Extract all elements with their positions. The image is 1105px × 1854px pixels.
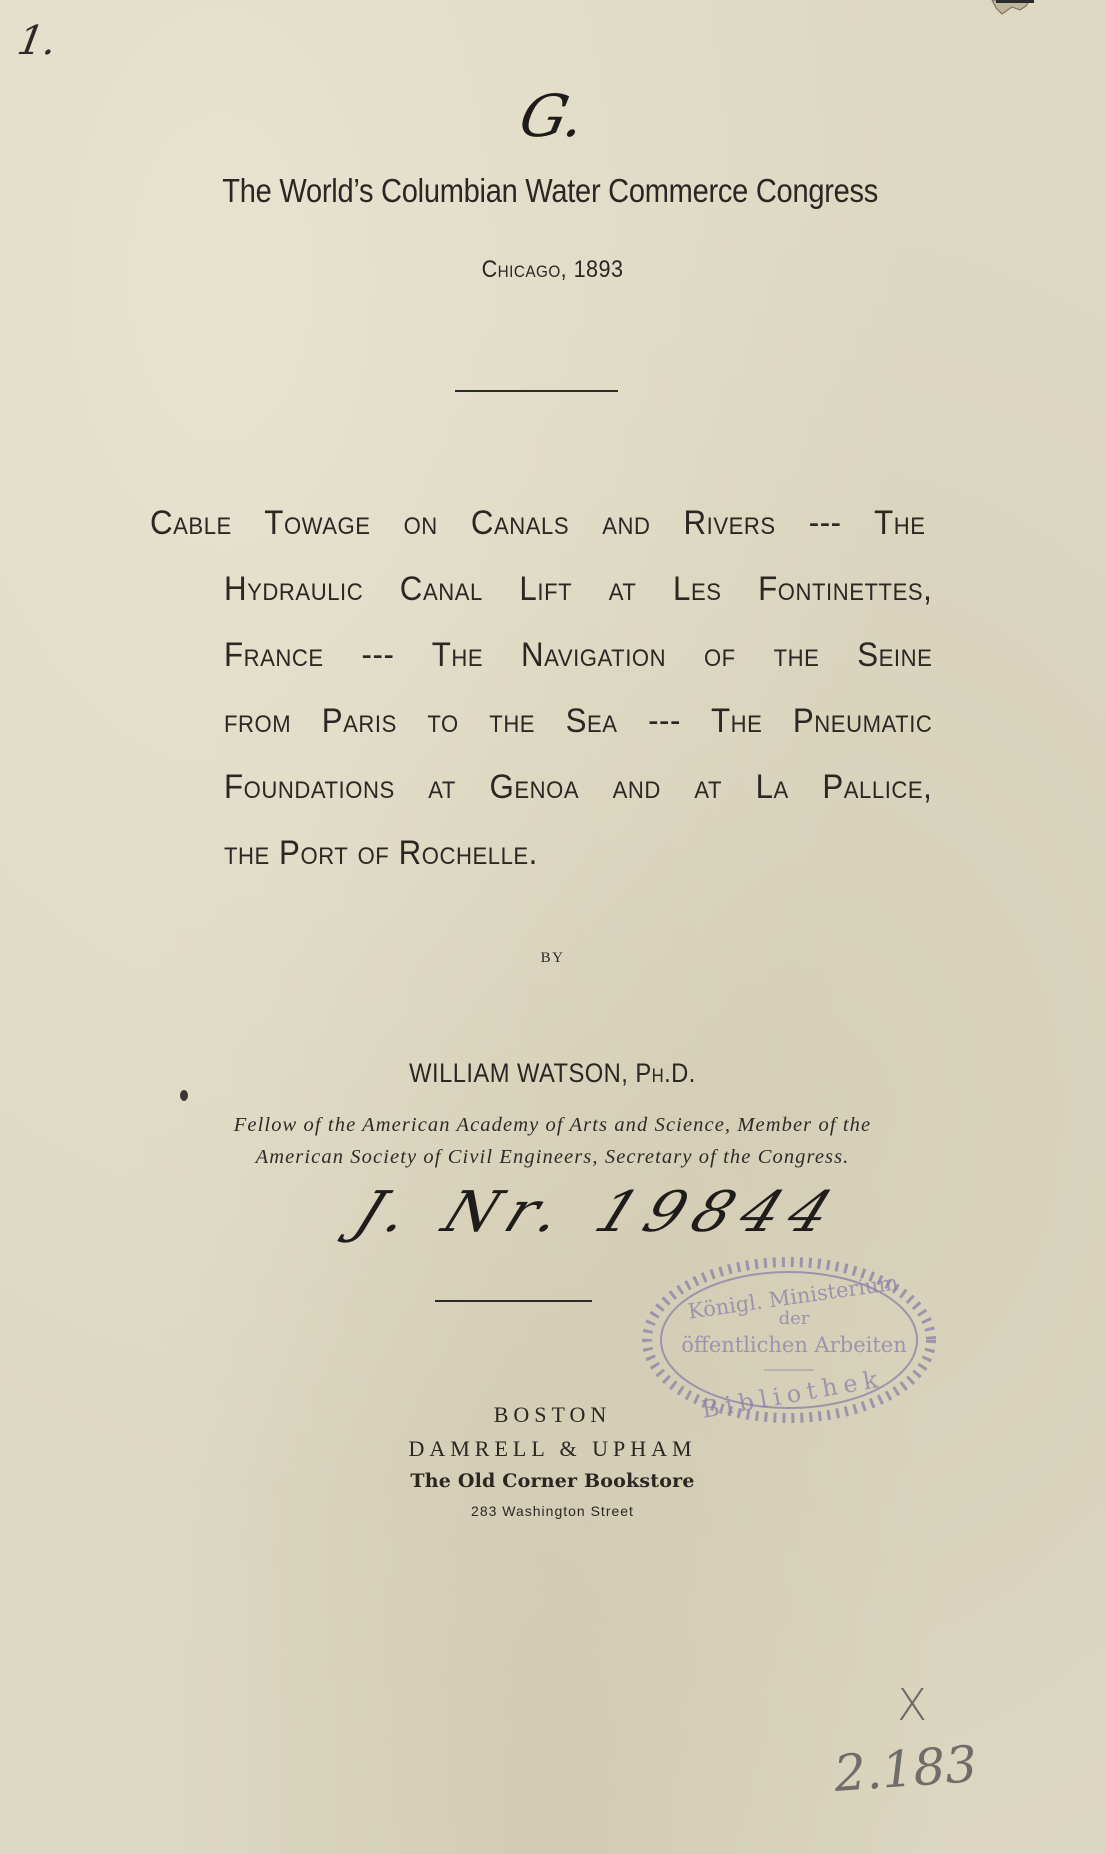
ink-spot	[180, 1090, 188, 1101]
imprint-publisher: DAMRELL & UPHAM	[0, 1436, 1105, 1462]
handwritten-accession-number: J. Nr. 19844	[345, 1180, 851, 1245]
pencil-cross-mark: X	[897, 1680, 927, 1731]
imprint-city: BOSTON	[0, 1402, 1105, 1428]
title-line: Hydraulic Canal Lift at Les Fontinettes,	[224, 556, 932, 622]
stamp-line-3: öffentlichen Arbeiten	[681, 1333, 906, 1357]
paper-title: Cable Towage on Canals and Rivers --- Th…	[150, 490, 930, 886]
title-line: France --- The Navigation of the Seine	[224, 622, 932, 688]
title-line: the Port of Rochelle.	[224, 820, 932, 886]
stamp-line-2: der	[779, 1308, 810, 1329]
torn-corner	[990, 0, 1050, 40]
city-year: Chicago, 1893	[55, 256, 1050, 284]
author-name-text: WILLIAM WATSON,	[409, 1058, 635, 1088]
handwritten-shelf-mark: G.	[0, 82, 1105, 150]
author-affiliation-line-2: American Society of Civil Engineers, Sec…	[0, 1146, 1105, 1169]
author-degree: Ph.D.	[635, 1058, 695, 1088]
handwritten-page-number: 1.	[14, 18, 60, 64]
title-line: Foundations at Genoa and at La Pallice,	[224, 754, 932, 820]
title-line: from Paris to the Sea --- The Pneumatic	[224, 688, 932, 754]
title-line: Cable Towage on Canals and Rivers --- Th…	[150, 490, 926, 556]
byline-by: BY	[0, 950, 1105, 967]
imprint-address: 283 Washington Street	[0, 1503, 1105, 1519]
pencil-catalog-number: 2.183	[832, 1735, 979, 1803]
author-affiliation-line-1: Fellow of the American Academy of Arts a…	[0, 1114, 1105, 1137]
author-name: WILLIAM WATSON, Ph.D.	[66, 1058, 1038, 1089]
imprint-bookstore: The Old Corner Bookstore	[0, 1470, 1105, 1492]
divider-rule	[455, 390, 618, 392]
congress-heading: The World’s Columbian Water Commerce Con…	[64, 172, 1036, 210]
divider-rule	[435, 1300, 592, 1302]
